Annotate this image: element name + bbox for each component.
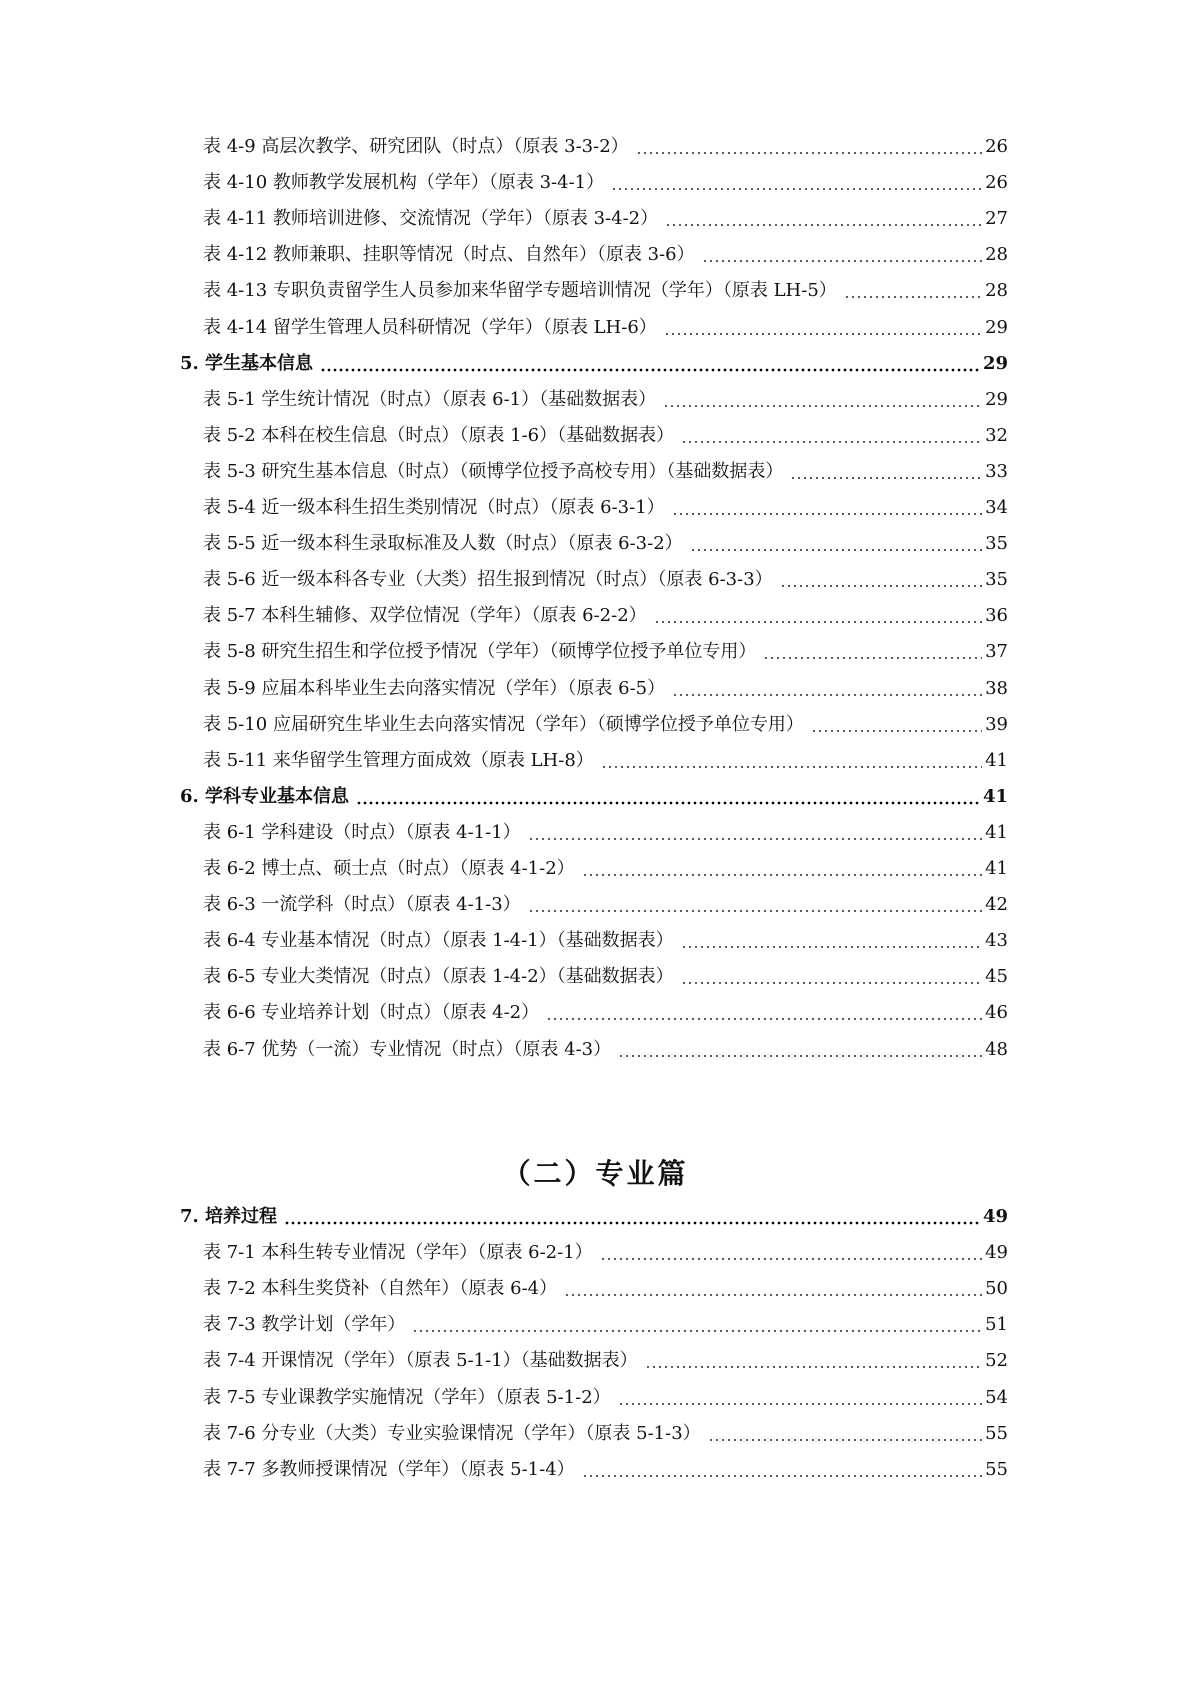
toc-label: 表 7-3 教学计划（学年） [203, 1307, 409, 1343]
toc-page-number: 29 [983, 346, 1008, 382]
toc-entry-link[interactable]: 表 4-9 高层次教学、研究团队（时点）（原表 3-3-2）26 [203, 129, 1008, 165]
toc-entry-link[interactable]: 表 6-5 专业大类情况（时点）（原表 1-4-2）（基础数据表）45 [203, 959, 1008, 995]
toc-entry-link[interactable]: 表 7-2 本科生奖贷补（自然年）（原表 6-4）50 [203, 1271, 1008, 1307]
dot-leader [690, 526, 982, 562]
dot-leader [665, 201, 982, 237]
dot-leader [320, 346, 980, 382]
toc-label: 5. 学生基本信息 [180, 346, 317, 382]
toc-page-number: 49 [985, 1235, 1008, 1271]
dot-leader [672, 671, 982, 707]
toc-page-number: 50 [985, 1271, 1008, 1307]
toc-entry-link[interactable]: 表 6-1 学科建设（时点）（原表 4-1-1）41 [203, 815, 1008, 851]
toc-entry-link[interactable]: 表 6-2 博士点、硕士点（时点）（原表 4-1-2）41 [203, 851, 1008, 887]
toc-page-number: 45 [985, 959, 1008, 995]
dot-leader [546, 995, 982, 1031]
dot-leader [284, 1199, 980, 1235]
dot-leader [763, 634, 982, 670]
toc-page-number: 38 [985, 671, 1008, 707]
toc-entry-link[interactable]: 表 5-8 研究生招生和学位授予情况（学年）（硕博学位授予单位专用）37 [203, 634, 1008, 670]
toc-entry-link[interactable]: 表 7-3 教学计划（学年）51 [203, 1307, 1008, 1343]
toc-label: 表 5-9 应届本科毕业生去向落实情况（学年）（原表 6-5） [203, 671, 669, 707]
toc-label: 表 5-11 来华留学生管理方面成效（原表 LH-8） [203, 743, 598, 779]
toc-entry-link[interactable]: 表 5-7 本科生辅修、双学位情况（学年）（原表 6-2-2）36 [203, 598, 1008, 634]
toc-entry-link[interactable]: 表 5-4 近一级本科生招生类别情况（时点）（原表 6-3-1）34 [203, 490, 1008, 526]
toc-label: 6. 学科专业基本信息 [180, 779, 353, 815]
toc-page-number: 41 [985, 851, 1008, 887]
toc-label: 表 6-6 专业培养计划（时点）（原表 4-2） [203, 995, 543, 1031]
toc-entry-link[interactable]: 表 7-4 开课情况（学年）（原表 5-1-1）（基础数据表）52 [203, 1343, 1008, 1379]
toc-entry-link[interactable]: 表 5-2 本科在校生信息（时点）（原表 1-6）（基础数据表）32 [203, 418, 1008, 454]
toc-page-number: 27 [985, 201, 1008, 237]
toc-entry-link[interactable]: 表 5-10 应届研究生毕业生去向落实情况（学年）（硕博学位授予单位专用）39 [203, 707, 1008, 743]
toc-label: 表 6-7 优势（一流）专业情况（时点）（原表 4-3） [203, 1032, 615, 1068]
toc-label: 表 5-10 应届研究生毕业生去向落实情况（学年）（硕博学位授予单位专用） [203, 707, 808, 743]
dot-leader [528, 887, 982, 923]
toc-entry-link[interactable]: 表 5-6 近一级本科各专业（大类）招生报到情况（时点）（原表 6-3-3）35 [203, 562, 1008, 598]
toc-entry-link[interactable]: 表 6-3 一流学科（时点）（原表 4-1-3）42 [203, 887, 1008, 923]
toc-page-number: 39 [985, 707, 1008, 743]
toc-entry-link[interactable]: 表 5-11 来华留学生管理方面成效（原表 LH-8）41 [203, 743, 1008, 779]
toc-label: 表 7-4 开课情况（学年）（原表 5-1-1）（基础数据表） [203, 1343, 642, 1379]
dot-leader [412, 1307, 982, 1343]
toc-page-number: 32 [985, 418, 1008, 454]
toc-section-link[interactable]: 6. 学科专业基本信息41 [180, 779, 1008, 815]
toc-page-number: 36 [985, 598, 1008, 634]
dot-leader [528, 815, 982, 851]
dot-leader [681, 959, 982, 995]
toc-label: 表 4-11 教师培训进修、交流情况（学年）（原表 3-4-2） [203, 201, 662, 237]
dot-leader [663, 382, 982, 418]
toc-label: 表 5-3 研究生基本信息（时点）（硕博学位授予高校专用）（基础数据表） [203, 454, 787, 490]
toc-label: 7. 培养过程 [180, 1199, 281, 1235]
toc-label: 表 4-14 留学生管理人员科研情况（学年）（原表 LH-6） [203, 310, 661, 346]
toc-label: 表 6-4 专业基本情况（时点）（原表 1-4-1）（基础数据表） [203, 923, 678, 959]
dot-leader [618, 1380, 982, 1416]
toc-entry-link[interactable]: 表 4-12 教师兼职、挂职等情况（时点、自然年）（原表 3-6）28 [203, 237, 1008, 273]
part-heading: （二）专业篇 [0, 1154, 1191, 1194]
toc-page-number: 51 [985, 1307, 1008, 1343]
toc-label: 表 5-4 近一级本科生招生类别情况（时点）（原表 6-3-1） [203, 490, 669, 526]
toc-label: 表 4-13 专职负责留学生人员参加来华留学专题培训情况（学年）（原表 LH-5… [203, 273, 841, 309]
toc-entry-link[interactable]: 表 5-3 研究生基本信息（时点）（硕博学位授予高校专用）（基础数据表）33 [203, 454, 1008, 490]
dot-leader [702, 237, 983, 273]
toc-label: 表 4-9 高层次教学、研究团队（时点）（原表 3-3-2） [203, 129, 633, 165]
toc-label: 表 6-5 专业大类情况（时点）（原表 1-4-2）（基础数据表） [203, 959, 678, 995]
toc-page-number: 34 [985, 490, 1008, 526]
toc-label: 表 6-1 学科建设（时点）（原表 4-1-1） [203, 815, 525, 851]
dot-leader [708, 1416, 982, 1452]
toc-entry-link[interactable]: 表 7-7 多教师授课情况（学年）（原表 5-1-4）55 [203, 1452, 1008, 1488]
toc-entry-link[interactable]: 表 6-6 专业培养计划（时点）（原表 4-2）46 [203, 995, 1008, 1031]
toc-section-link[interactable]: 7. 培养过程49 [180, 1199, 1008, 1235]
toc-page-number: 43 [985, 923, 1008, 959]
toc-page-number: 52 [985, 1343, 1008, 1379]
toc-label: 表 7-2 本科生奖贷补（自然年）（原表 6-4） [203, 1271, 561, 1307]
dot-leader [600, 1235, 982, 1271]
toc-page-number: 42 [985, 887, 1008, 923]
dot-leader [645, 1343, 982, 1379]
dot-leader [790, 454, 982, 490]
toc-page-number: 54 [985, 1380, 1008, 1416]
toc-entry-link[interactable]: 表 7-6 分专业（大类）专业实验课情况（学年）（原表 5-1-3）55 [203, 1416, 1008, 1452]
toc-entry-link[interactable]: 表 7-1 本科生转专业情况（学年）（原表 6-2-1）49 [203, 1235, 1008, 1271]
dot-leader [636, 129, 982, 165]
toc-page-number: 41 [985, 743, 1008, 779]
toc-page-number: 48 [985, 1032, 1008, 1068]
toc-label: 表 7-1 本科生转专业情况（学年）（原表 6-2-1） [203, 1235, 597, 1271]
toc-label: 表 5-7 本科生辅修、双学位情况（学年）（原表 6-2-2） [203, 598, 651, 634]
dot-leader [611, 165, 982, 201]
toc-section-link[interactable]: 5. 学生基本信息29 [180, 346, 1008, 382]
toc-page-number: 49 [983, 1199, 1008, 1235]
dot-leader [356, 779, 980, 815]
toc-label: 表 5-8 研究生招生和学位授予情况（学年）（硕博学位授予单位专用） [203, 634, 760, 670]
toc-label: 表 5-2 本科在校生信息（时点）（原表 1-6）（基础数据表） [203, 418, 678, 454]
toc-entry-link[interactable]: 表 6-4 专业基本情况（时点）（原表 1-4-1）（基础数据表）43 [203, 923, 1008, 959]
toc-page-number: 46 [985, 995, 1008, 1031]
dot-leader [672, 490, 982, 526]
toc-label: 表 5-1 学生统计情况（时点）（原表 6-1）（基础数据表） [203, 382, 660, 418]
toc-page-number: 26 [985, 129, 1008, 165]
dot-leader [582, 1452, 982, 1488]
dot-leader [582, 851, 982, 887]
dot-leader [601, 743, 982, 779]
toc-entry-link[interactable]: 表 6-7 优势（一流）专业情况（时点）（原表 4-3）48 [203, 1032, 1008, 1068]
toc-entry-link[interactable]: 表 7-5 专业课教学实施情况（学年）（原表 5-1-2）54 [203, 1380, 1008, 1416]
toc-page-number: 37 [985, 634, 1008, 670]
dot-leader [681, 418, 982, 454]
toc-label: 表 7-5 专业课教学实施情况（学年）（原表 5-1-2） [203, 1380, 615, 1416]
toc-label: 表 6-3 一流学科（时点）（原表 4-1-3） [203, 887, 525, 923]
toc-entry-link[interactable]: 表 4-13 专职负责留学生人员参加来华留学专题培训情况（学年）（原表 LH-5… [203, 273, 1008, 309]
dot-leader [844, 273, 982, 309]
toc-page-number: 55 [985, 1452, 1008, 1488]
toc-label: 表 4-10 教师教学发展机构（学年）（原表 3-4-1） [203, 165, 608, 201]
toc-page-number: 28 [985, 237, 1008, 273]
toc-page-number: 29 [985, 382, 1008, 418]
toc-entry-link[interactable]: 表 4-11 教师培训进修、交流情况（学年）（原表 3-4-2）27 [203, 201, 1008, 237]
toc-entry-link[interactable]: 表 5-5 近一级本科生录取标准及人数（时点）（原表 6-3-2）35 [203, 526, 1008, 562]
toc-label: 表 5-6 近一级本科各专业（大类）招生报到情况（时点）（原表 6-3-3） [203, 562, 777, 598]
toc-label: 表 4-12 教师兼职、挂职等情况（时点、自然年）（原表 3-6） [203, 237, 699, 273]
dot-leader [618, 1032, 982, 1068]
toc-page-number: 35 [985, 526, 1008, 562]
toc-entry-link[interactable]: 表 4-10 教师教学发展机构（学年）（原表 3-4-1）26 [203, 165, 1008, 201]
toc-page-number: 35 [985, 562, 1008, 598]
toc-page-number: 29 [985, 310, 1008, 346]
dot-leader [664, 310, 982, 346]
dot-leader [811, 707, 982, 743]
dot-leader [654, 598, 982, 634]
toc-label: 表 7-6 分专业（大类）专业实验课情况（学年）（原表 5-1-3） [203, 1416, 705, 1452]
toc-label: 表 7-7 多教师授课情况（学年）（原表 5-1-4） [203, 1452, 579, 1488]
toc-label: 表 5-5 近一级本科生录取标准及人数（时点）（原表 6-3-2） [203, 526, 687, 562]
toc-page-number: 41 [985, 815, 1008, 851]
dot-leader [564, 1271, 982, 1307]
toc-page-number: 28 [985, 273, 1008, 309]
toc-page-number: 26 [985, 165, 1008, 201]
toc-page-number: 33 [985, 454, 1008, 490]
toc-page-number: 41 [983, 779, 1008, 815]
toc-label: 表 6-2 博士点、硕士点（时点）（原表 4-1-2） [203, 851, 579, 887]
toc-entry-link[interactable]: 表 5-9 应届本科毕业生去向落实情况（学年）（原表 6-5）38 [203, 671, 1008, 707]
dot-leader [780, 562, 982, 598]
toc-entry-link[interactable]: 表 5-1 学生统计情况（时点）（原表 6-1）（基础数据表）29 [203, 382, 1008, 418]
toc-page-number: 55 [985, 1416, 1008, 1452]
toc-entry-link[interactable]: 表 4-14 留学生管理人员科研情况（学年）（原表 LH-6）29 [203, 310, 1008, 346]
dot-leader [681, 923, 982, 959]
